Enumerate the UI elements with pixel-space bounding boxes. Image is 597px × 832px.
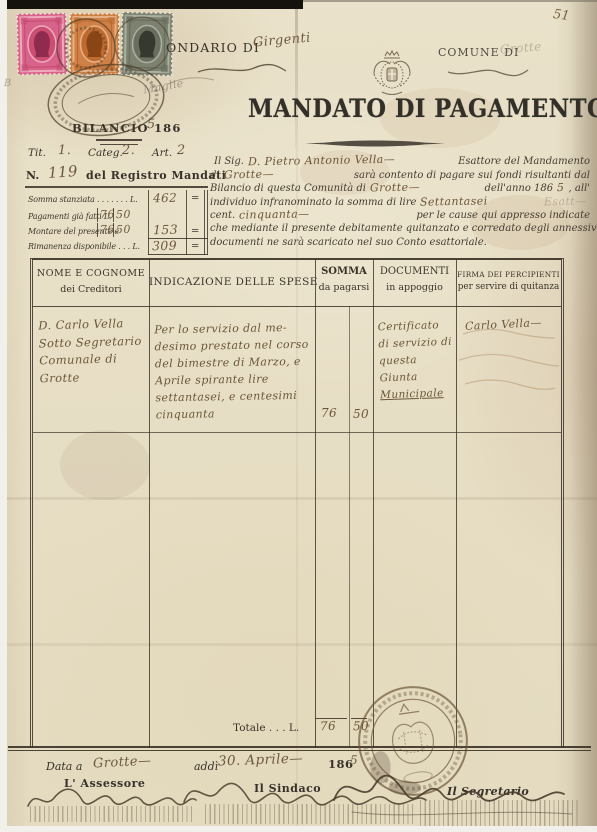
print-text: di [210,169,220,183]
box-rule [148,238,208,239]
tit-value: 1. [58,143,71,158]
handwritten-year-digit: 5 [557,181,565,195]
column-divider [315,260,316,748]
box-right-border [207,190,208,255]
somma-stanziata-value: 462 [153,191,177,205]
categ-value: 2. [122,143,135,158]
document-line: di servizio di [378,334,455,354]
signature-descender-fringe [205,804,415,824]
cell-divider [97,223,98,237]
print-text: per le cause qui appresso indicate [416,209,590,223]
print-text: individuo infranominato la somma di lire [210,196,416,210]
ink-bleed-through [455,322,567,410]
totale-lire: 76 [320,719,337,734]
box-rule [148,254,208,255]
paragraph-line: documenti ne sarà scaricato nel suo Cont… [210,236,590,250]
handwritten-amount-words: Settantasei [420,194,488,209]
handwritten-cents-words: cinquanta— [239,208,310,223]
print-text: Esattore del Mandamento [458,155,590,169]
entry-documents: Certificato di servizio di questa Giunta… [378,317,457,405]
mandate-paragraph: Il Sig.D. Pietro Antonio Vella—Esattore … [210,154,590,249]
pagamenti-label: Pagamenti già fatti L. [28,212,111,222]
title-swelled-rule [305,133,445,152]
page-title: MANDATO DI PAGAMENTO [248,94,550,123]
numero-label: N. [26,169,39,182]
margin-pencil-mark: B [4,78,12,89]
flourish-underline [446,62,530,84]
segretario-signature [334,776,564,801]
expense-line: del bimestre di Marzo, e [155,353,313,373]
postmark-cancellation-icon [18,6,270,158]
handwritten-faint-note: Esatt— [543,194,586,208]
entry-creditor: D. Carlo Vella Sotto Segretario Comunale… [38,315,150,388]
art-label: Art. [152,147,172,159]
box-divider [148,190,149,255]
cell-divider [113,208,114,222]
document-line: questa Giunta [379,351,456,388]
paragraph-line: cent.cinquanta—per le cause qui appresso… [210,208,590,222]
cell-divider [97,208,98,222]
scanned-document: 51 [0,0,597,832]
print-text: , all' [569,182,590,196]
somma-stanziata-label: Somma stanziata . . . . . . . L. [28,195,137,205]
print-text: Bilancio di questa Comunità di [210,182,366,196]
tit-label: Tit. [28,147,46,159]
document-line: Municipale [380,385,457,405]
montare-cent: 50 [116,223,131,236]
print-text: cent. [210,209,235,223]
print-text: che mediante il presente debitamente qui… [210,222,597,236]
entry-expenses: Per lo servizio dal me- desimo prestato … [154,319,314,424]
entry-amount-cent: 50 [353,407,369,421]
registro-underline [25,186,208,188]
header-creditor-name: NOME E COGNOME [33,268,149,279]
rimanenza-value: 309 [152,238,177,253]
totale-label: Totale . . . L. [233,722,299,734]
header-underline [33,306,561,307]
cell-divider [113,223,114,237]
header-signature-sub: per servire di quitanza [456,282,561,292]
print-text: Il Sig. [214,155,244,169]
numero-value: 119 [47,162,78,182]
montare-value: 153 [153,222,178,237]
montare-eq: = [191,226,199,237]
column-divider [149,260,150,748]
sindaco-signature [184,783,426,804]
handwritten-payee-name: D. Pietro Antonio Vella— [248,153,395,169]
header-documents: DOCUMENTI [373,266,456,277]
column-divider [373,260,374,748]
somma-stanziata-eq: = [191,193,199,204]
expense-line: settantasei, e centesimi [155,387,313,407]
creditor-line: Sotto Segretario [39,332,149,352]
registro-label: del Registro Mandati [86,169,226,182]
header-documents-sub: in appoggio [373,282,456,293]
header-expenses: INDICAZIONE DELLE SPESE [149,276,315,288]
pagamenti-cent: 50 [116,208,131,221]
creditor-line: Grotte [39,367,149,387]
paragraph-line: Il Sig.D. Pietro Antonio Vella—Esattore … [210,154,590,168]
header-signature: FIRMA DEI PERCIPIENTI [456,270,561,279]
paragraph-line: Bilancio di questa Comunità diGrotte—del… [210,181,590,195]
corner-number: 51 [552,7,570,24]
print-text: documenti ne sarà scaricato nel suo Cont… [210,236,487,250]
header-amount: SOMMA [315,266,373,277]
categ-label: Categ. [88,147,123,159]
paragraph-line: diGrotte—sarà contento di pagare sui fon… [210,168,590,182]
rimanenza-label: Rimanenza disponibile . . . L. [28,242,140,252]
rimanenza-eq: = [191,241,199,252]
cents-divider [349,306,350,748]
handwritten-town: Grotte— [223,167,273,181]
fold-crease [295,0,298,150]
entry-row-rule [33,432,561,433]
signature-descender-fringe [420,800,580,826]
signature-descender-fringe [30,806,195,822]
assessore-signature [28,789,196,806]
paragraph-line: che mediante il presente debitamente qui… [210,222,590,236]
header-creditor-sub: dei Creditori [33,284,149,295]
entry-amount-lire: 76 [321,406,337,420]
art-value: 2 [177,143,186,158]
scan-edge-top-thin [303,0,597,2]
box-right-border [204,190,205,255]
right-edge-shadow [570,0,597,832]
print-text: dell'anno 186 [485,182,554,196]
paragraph-line: individuo infranominato la somma di lire… [210,195,590,209]
handwritten-town: Grotte— [370,181,420,195]
box-divider [186,190,187,255]
scan-edge-left [0,0,7,832]
expense-line: cinquanta [156,404,314,424]
header-amount-sub: da pagarsi [315,282,373,293]
